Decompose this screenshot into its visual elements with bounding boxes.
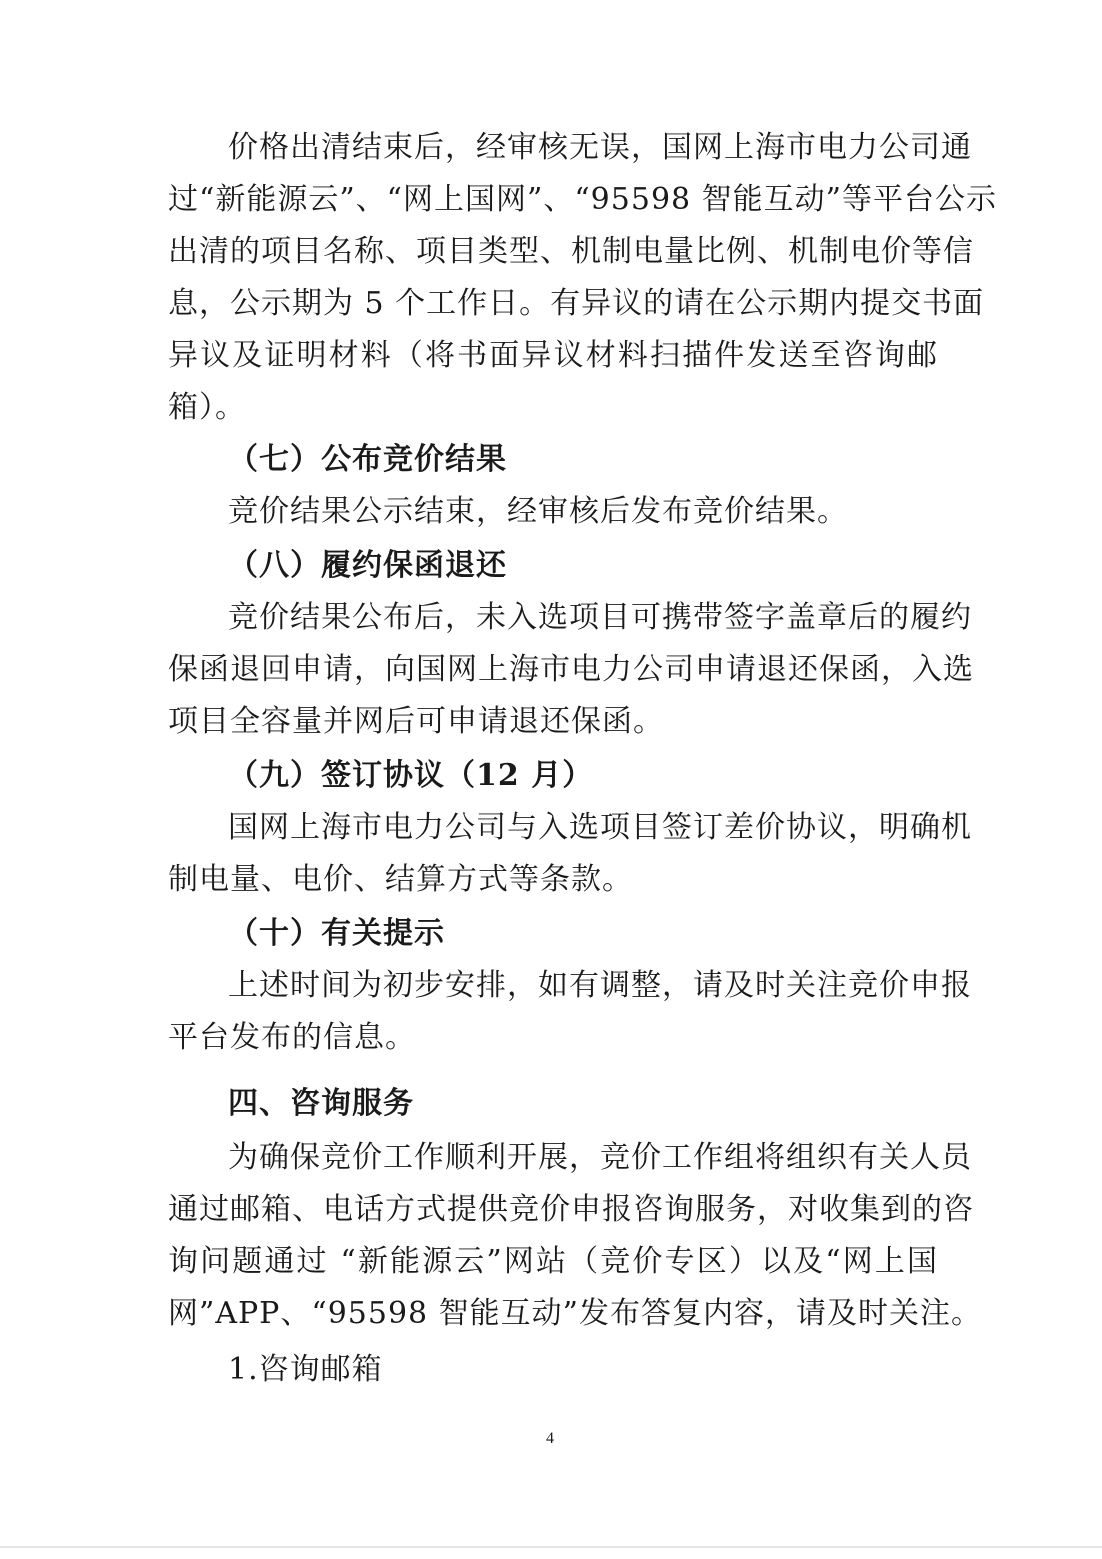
page-bottom-edge xyxy=(0,1546,1102,1548)
paragraph-line: 为确保竞价工作顺利开展，竞价工作组将组织有关人员 xyxy=(228,1140,938,1176)
paragraph-line: 价格出清结束后，经审核无误，国网上海市电力公司通 xyxy=(228,130,938,166)
paragraph-line: 网”APP、“95598 智能互动”发布答复内容，请及时关注。 xyxy=(168,1296,938,1332)
page-number: 4 xyxy=(540,1430,560,1448)
paragraph-line: 保函退回申请，向国网上海市电力公司申请退还保函，入选 xyxy=(168,652,938,688)
paragraph-line: 1.咨询邮箱 xyxy=(228,1352,938,1388)
paragraph-line: 异议及证明材料（将书面异议材料扫描件发送至咨询邮 xyxy=(168,338,938,374)
paragraph-line: 竞价结果公示结束，经审核后发布竞价结果。 xyxy=(228,494,938,530)
section-heading: （八）履约保函退还 xyxy=(228,548,938,584)
paragraph-line: 竞价结果公布后，未入选项目可携带签字盖章后的履约 xyxy=(228,600,938,636)
paragraph-line: 过“新能源云”、“网上国网”、“95598 智能互动”等平台公示 xyxy=(168,182,938,218)
paragraph-line: 通过邮箱、电话方式提供竞价申报咨询服务，对收集到的咨 xyxy=(168,1192,938,1228)
paragraph-line: 上述时间为初步安排，如有调整，请及时关注竞价申报 xyxy=(228,968,938,1004)
document-page: 价格出清结束后，经审核无误，国网上海市电力公司通过“新能源云”、“网上国网”、“… xyxy=(0,0,1102,1559)
section-heading: （七）公布竞价结果 xyxy=(228,442,938,478)
paragraph-line: 项目全容量并网后可申请退还保函。 xyxy=(168,704,938,740)
paragraph-line: 箱）。 xyxy=(168,390,938,426)
section-heading: （九）签订协议（12 月） xyxy=(228,758,938,794)
paragraph-line: 制电量、电价、结算方式等条款。 xyxy=(168,862,938,898)
paragraph-line: 平台发布的信息。 xyxy=(168,1020,938,1056)
paragraph-line: 国网上海市电力公司与入选项目签订差价协议，明确机 xyxy=(228,810,938,846)
paragraph-line: 息，公示期为 5 个工作日。有异议的请在公示期内提交书面 xyxy=(168,286,938,322)
section-heading: （十）有关提示 xyxy=(228,916,938,952)
paragraph-line: 询问题通过 “新能源云”网站（竞价专区）以及“网上国 xyxy=(168,1244,938,1280)
section-heading: 四、咨询服务 xyxy=(228,1086,938,1122)
paragraph-line: 出清的项目名称、项目类型、机制电量比例、机制电价等信 xyxy=(168,234,938,270)
